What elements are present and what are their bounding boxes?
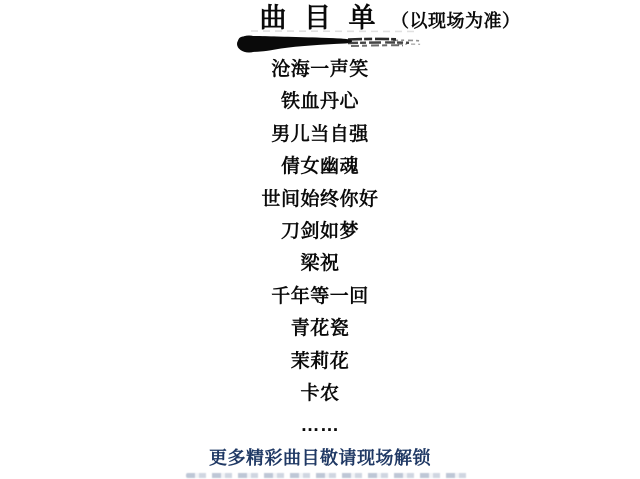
song-item: 梁祝 [0,248,640,280]
footer-note: 更多精彩曲目敬请现场解锁 [0,443,640,473]
song-item: 倩女幽魂 [0,151,640,183]
song-item: 男儿当自强 [0,119,640,151]
song-item: 沧海一声笑 [0,54,640,86]
song-item: 卡农 [0,378,640,410]
song-list-poster: 曲 目 单 （以现场为准） 沧海一声笑 铁血丹心 男儿当自强 倩女幽魂 世间始终… [0,0,640,479]
redaction-ink-stroke-icon [233,29,433,55]
song-item: 铁血丹心 [0,86,640,118]
song-item: 世间始终你好 [0,184,640,216]
song-item: 千年等一回 [0,281,640,313]
song-item: 茉莉花 [0,346,640,378]
song-item: 刀剑如梦 [0,216,640,248]
cropped-text-remnant [186,473,471,478]
song-item-ellipsis: …… [0,410,640,442]
song-item: 青花瓷 [0,313,640,345]
song-list: 沧海一声笑 铁血丹心 男儿当自强 倩女幽魂 世间始终你好 刀剑如梦 梁祝 千年等… [0,54,640,443]
